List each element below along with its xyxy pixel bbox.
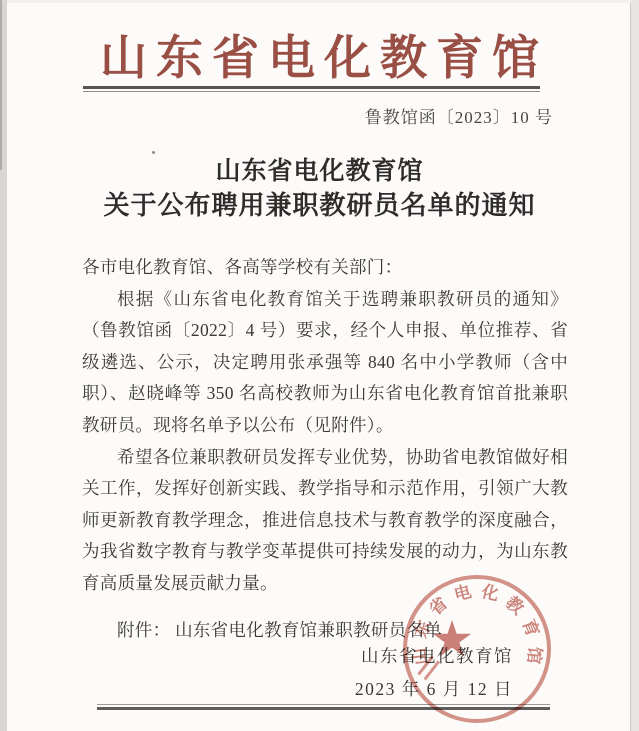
masthead-rule [83,86,540,92]
salutation-line: 各市电化教育馆、各高等学校有关部门： [82,252,568,284]
masthead-title: 山东省电化教育馆 [0,21,639,88]
notice-title: 山东省电化教育馆 关于公布聘用兼职教研员名单的通知 [0,155,639,223]
notice-title-line2: 关于公布聘用兼职教研员名单的通知 [0,188,639,223]
scan-edge-top [7,0,631,3]
notice-title-line1: 山东省电化教育馆 [0,155,639,188]
doc-reference-number: 鲁教馆函〔2023〕10 号 [365,103,553,128]
scan-speck [152,151,155,154]
masthead-rule-thin [83,91,540,92]
official-seal: 山东省电化教育馆 ★ [403,575,551,723]
scan-edge-right [630,0,639,731]
body-paragraph-1: 根据《山东省电化教育馆关于选聘兼职教研员的通知》（鲁教馆函〔2022〕4 号）要… [82,284,568,442]
document-page: 山东省电化教育馆 鲁教馆函〔2023〕10 号 山东省电化教育馆 关于公布聘用兼… [0,0,639,731]
